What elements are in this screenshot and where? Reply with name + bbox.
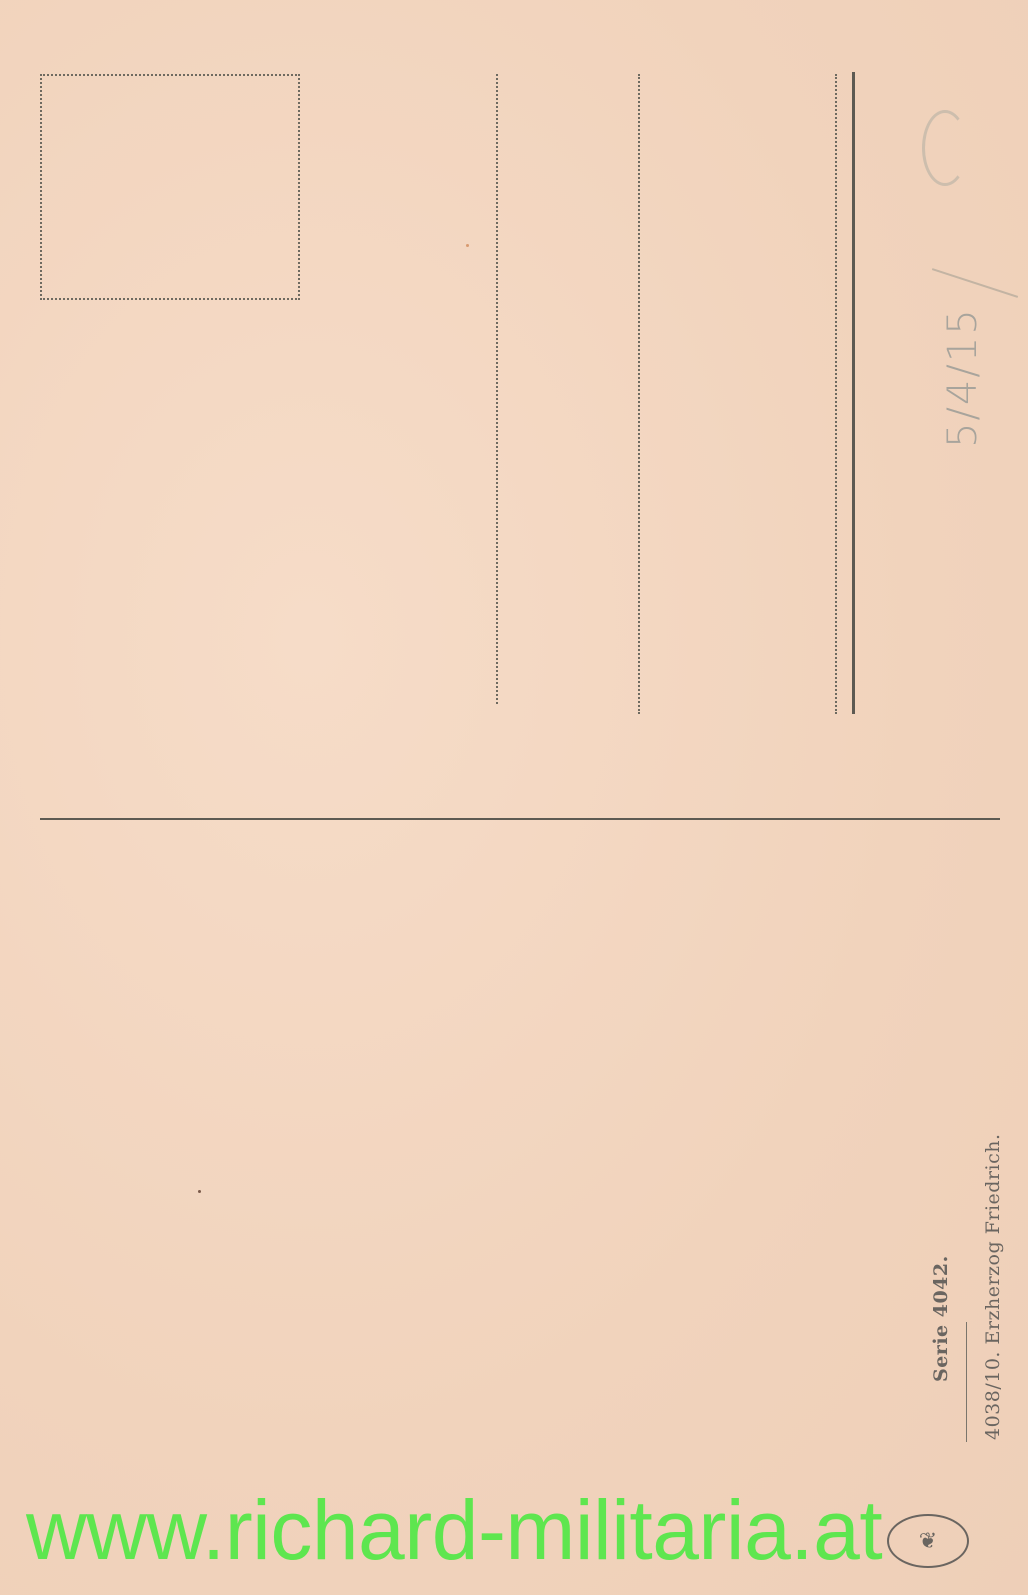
- address-line-dotted-1: [496, 74, 498, 704]
- stamp-placement-box: [40, 74, 300, 300]
- watermark-text: www.richard-militaria.at: [26, 1488, 882, 1572]
- paper-speck: [198, 1190, 201, 1193]
- series-rule: [966, 1322, 967, 1442]
- pencil-slash: [932, 268, 1018, 298]
- pencil-scribble: [922, 110, 968, 186]
- publisher-emblem-icon: ❦: [887, 1514, 969, 1568]
- series-label: Serie 4042.: [930, 1255, 952, 1382]
- address-line-dotted-2: [638, 74, 640, 714]
- divider-line: [40, 818, 1000, 820]
- address-line-solid: [852, 72, 855, 714]
- pencil-note: 5/4/15: [940, 307, 986, 448]
- paper-stain: [466, 244, 469, 247]
- card-caption: 4038/10. Erzherzog Friedrich.: [982, 1133, 1004, 1440]
- address-line-dotted-3: [835, 74, 837, 714]
